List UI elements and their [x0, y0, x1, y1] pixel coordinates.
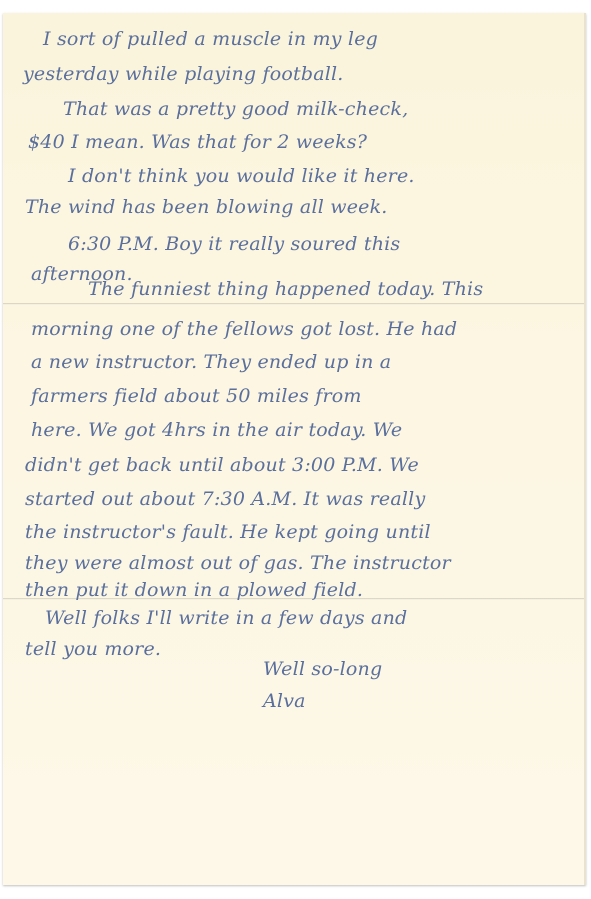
letter-line: yesterday while playing football. — [23, 63, 344, 85]
letter-line: I don't think you would like it here. — [68, 165, 415, 187]
letter-line: started out about 7:30 A.M. It was reall… — [25, 488, 425, 510]
letter-page: I sort of pulled a muscle in my leg yest… — [3, 13, 586, 885]
letter-line: the instructor's fault. He kept going un… — [25, 521, 431, 543]
letter-line: $40 I mean. Was that for 2 weeks? — [28, 131, 367, 153]
letter-line: 6:30 P.M. Boy it really soured this — [68, 233, 400, 255]
letter-closing: Well so-long — [263, 658, 382, 680]
letter-line: The funniest thing happened today. This — [88, 278, 483, 300]
letter-line: a new instructor. They ended up in a — [31, 351, 391, 373]
letter-line: then put it down in a plowed field. — [25, 579, 363, 601]
letter-line: didn't get back until about 3:00 P.M. We — [25, 454, 419, 476]
letter-line: here. We got 4hrs in the air today. We — [31, 419, 402, 441]
letter-line: they were almost out of gas. The instruc… — [25, 552, 451, 574]
letter-line: That was a pretty good milk-check, — [63, 98, 408, 120]
letter-line: Well folks I'll write in a few days and — [45, 607, 407, 629]
letter-line: morning one of the fellows got lost. He … — [31, 318, 457, 340]
letter-signature: Alva — [263, 690, 306, 712]
letter-line: tell you more. — [25, 638, 161, 660]
letter-line: farmers field about 50 miles from — [31, 385, 362, 407]
fold-line — [3, 303, 584, 305]
letter-line: I sort of pulled a muscle in my leg — [43, 28, 378, 50]
letter-line: The wind has been blowing all week. — [25, 196, 388, 218]
